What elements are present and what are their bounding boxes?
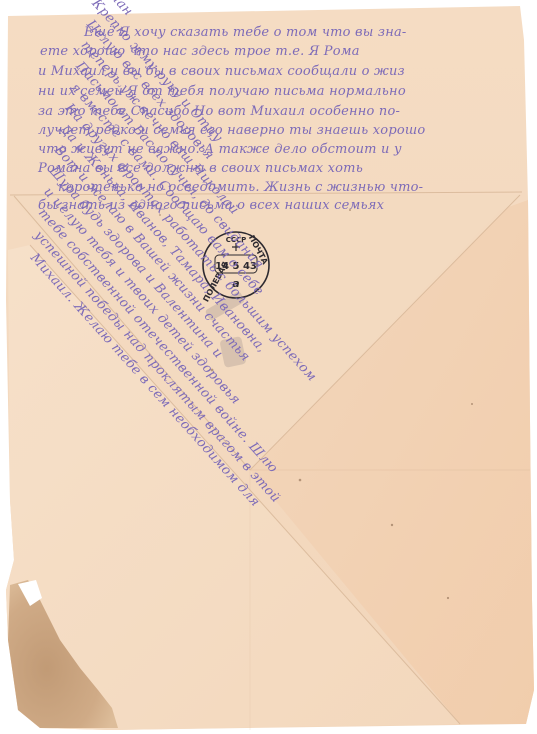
letter-scan: 14 5 43 а ПОЛЕВАЯ СССР ПОЧТА Ещё Я хочу … [0, 0, 537, 734]
letter-paper: 14 5 43 а ПОЛЕВАЯ СССР ПОЧТА Ещё Я хочу … [0, 0, 537, 734]
